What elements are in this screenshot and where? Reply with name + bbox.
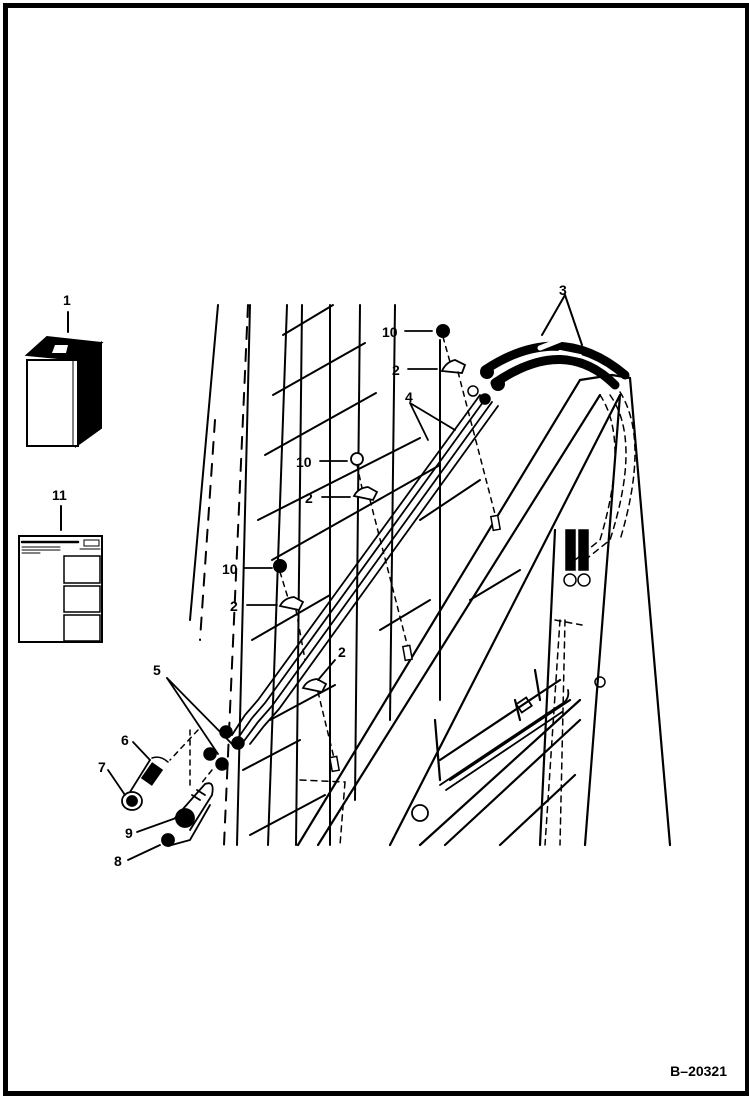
callout-2: 2 <box>338 644 346 660</box>
callout-4: 4 <box>405 389 413 405</box>
callout-5: 5 <box>153 662 161 678</box>
hoses-icon <box>481 340 625 390</box>
fitting-icon <box>142 757 168 785</box>
coupler-icon <box>122 760 150 810</box>
coupler-icon <box>175 783 213 830</box>
instruction-sheet-icon <box>19 536 102 642</box>
callout-10: 10 <box>222 561 238 577</box>
callout-10: 10 <box>382 324 398 340</box>
callout-9: 9 <box>125 825 133 841</box>
parts-diagram: 1 11 3 10 2 4 10 2 10 2 2 5 6 7 9 8 <box>0 0 749 1097</box>
bolt-icon <box>412 805 428 821</box>
callout-1: 1 <box>63 292 71 308</box>
callout-3: 3 <box>559 282 567 298</box>
callout-11: 11 <box>52 487 67 503</box>
callout-2: 2 <box>392 362 400 378</box>
figure-id-label: B–20321 <box>670 1063 727 1079</box>
callout-7: 7 <box>98 759 106 775</box>
manual-box-icon <box>27 337 101 446</box>
callout-6: 6 <box>121 732 129 748</box>
callout-2: 2 <box>305 490 313 506</box>
callout-10: 10 <box>296 454 312 470</box>
clamp-icon <box>280 360 465 692</box>
callout-2: 2 <box>230 598 238 614</box>
callout-8: 8 <box>114 853 122 869</box>
